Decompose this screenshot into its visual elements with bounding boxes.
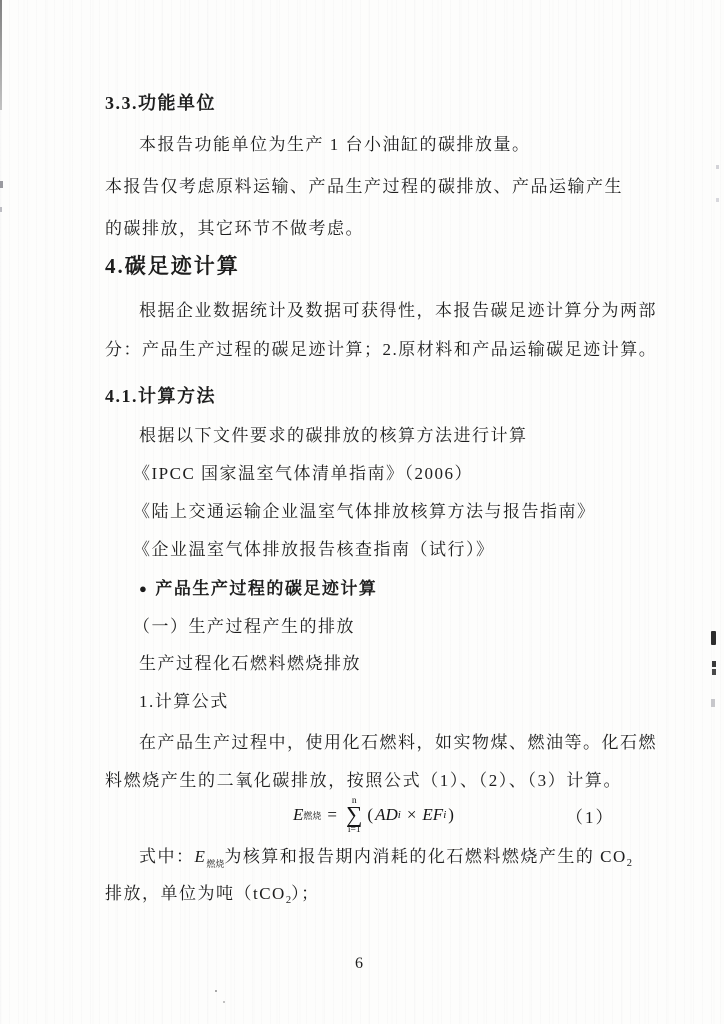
- section-heading-3-3: 3.3.功能单位: [105, 91, 216, 115]
- equation-lhs-subscript: 燃烧: [303, 809, 321, 822]
- sub-heading: 生产过程化石燃料燃烧排放: [139, 652, 361, 676]
- formula-label: 1.计算公式: [139, 690, 229, 714]
- bullet-heading-label: 产品生产过程的碳足迹计算: [155, 579, 377, 598]
- paragraph-line: 根据以下文件要求的碳排放的核算方法进行计算: [139, 424, 528, 448]
- scan-artifact: [215, 990, 217, 992]
- bullet-icon: ●: [139, 581, 148, 596]
- bullet-heading: ●产品生产过程的碳足迹计算: [139, 577, 377, 601]
- paragraph-line: 在产品生产过程中，使用化石燃料，如实物煤、燃油等。化石燃: [139, 731, 622, 755]
- reference-item: 《陆上交通运输企业温室气体排放核算方法与报告指南》: [133, 500, 596, 524]
- close-paren: ): [446, 805, 456, 825]
- paragraph-line: 本报告功能单位为生产 1 台小油缸的碳排放量。: [139, 133, 531, 157]
- formula-explanation-line: 排放，单位为吨（tCO2）；: [105, 882, 320, 913]
- paragraph-line: 本报告仅考虑原料运输、产品生产过程的碳排放、产品运输产生: [105, 175, 622, 199]
- scan-artifact: [223, 1001, 225, 1003]
- paragraph-line: 分：产品生产过程的碳足迹计算；2.原材料和产品运输碳足迹计算。: [105, 338, 622, 362]
- summation-symbol: n ∑ i=1: [346, 797, 362, 834]
- paragraph-line: 根据企业数据统计及数据可获得性，本报告碳足迹计算分为两部: [139, 299, 622, 323]
- scan-artifact: [711, 631, 716, 645]
- open-paren: (: [365, 805, 375, 825]
- scan-artifact: [716, 198, 719, 202]
- page-number: 6: [0, 955, 718, 973]
- section-heading-4-1: 4.1.计算方法: [105, 384, 216, 408]
- multiply-sign: ×: [407, 805, 417, 825]
- reference-item: 《企业温室气体排放报告核查指南（试行）》: [133, 538, 495, 562]
- scanned-document-page: 3.3.功能单位 本报告功能单位为生产 1 台小油缸的碳排放量。 本报告仅考虑原…: [0, 0, 724, 1024]
- emission-factor-term: EF: [422, 805, 443, 825]
- section-heading-4: 4.碳足迹计算: [105, 254, 240, 278]
- scan-artifact: [0, 207, 2, 212]
- paragraph-line: 的碳排放，其它环节不做考虑。: [105, 217, 364, 241]
- activity-data-term: AD: [375, 805, 398, 825]
- equation-lhs: E: [293, 805, 303, 825]
- scan-artifact: [711, 699, 715, 707]
- equals-sign: =: [327, 805, 337, 825]
- equation-number: （1）: [566, 803, 615, 828]
- explained-variable: E: [195, 847, 207, 866]
- equation-1: E燃烧 = n ∑ i=1 ( ADi × EFi ): [293, 797, 456, 834]
- scan-artifact-left-edge: [0, 0, 2, 110]
- scan-artifact: [716, 165, 719, 169]
- scan-artifact: [712, 669, 716, 675]
- formula-explanation-line: 式中：E燃烧为核算和报告期内消耗的化石燃料燃烧产生的 CO2: [139, 845, 622, 876]
- co2-subscript: 2: [627, 858, 632, 869]
- paragraph-line: 料燃烧产生的二氧化碳排放，按照公式（1）、（2）、（3）计算。: [105, 769, 622, 793]
- sub-heading: （一）生产过程产生的排放: [133, 615, 355, 639]
- reference-item: 《IPCC 国家温室气体清单指南》（2006）: [133, 462, 473, 486]
- scan-artifact: [0, 181, 3, 188]
- scan-artifact: [712, 661, 716, 667]
